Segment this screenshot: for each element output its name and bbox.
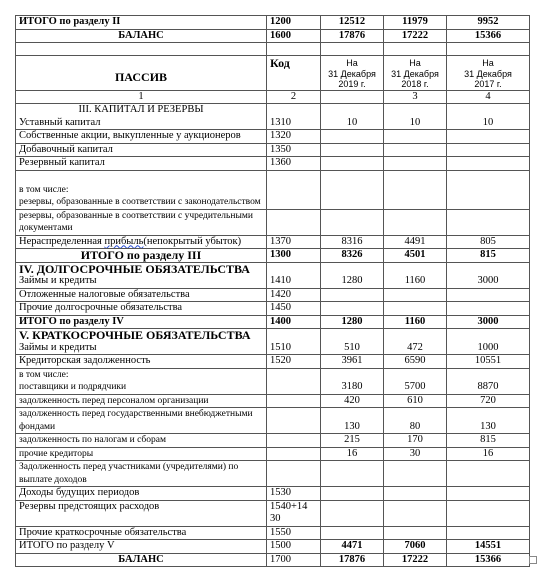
value-2017: 8870 <box>447 368 530 394</box>
table-row-total-section-5: ИТОГО по разделу V 1500 4471 7060 14551 <box>16 540 530 554</box>
value-2019: 1280 <box>321 315 384 329</box>
value-2019: 10 <box>321 104 384 130</box>
value-2018 <box>384 500 447 526</box>
row-label: в том числе: поставщики и подрядчики <box>16 368 267 394</box>
row-label: Задолженность перед участниками (учредит… <box>16 461 267 487</box>
value-2019: 4471 <box>321 540 384 554</box>
value-2019 <box>321 461 384 487</box>
value-2018: 30 <box>384 447 447 461</box>
value-2019 <box>321 288 384 302</box>
value-2018: 11979 <box>384 16 447 30</box>
value-2019: 17876 <box>321 29 384 43</box>
row-code: 1500 <box>267 540 321 554</box>
table-row-total-section-4: ИТОГО по разделу IV 1400 1280 1160 3000 <box>16 315 530 329</box>
value-2017 <box>447 143 530 157</box>
spellcheck-underlined-word[interactable]: прибыль <box>104 236 143 247</box>
row-code <box>267 170 321 209</box>
value-2019 <box>321 487 384 501</box>
row-label: прочие кредиторы <box>16 447 267 461</box>
value-2019 <box>321 143 384 157</box>
table-header-row: ПАССИВ Код На 31 Декабря 2019 г. На 31 Д… <box>16 56 530 91</box>
table-row-balance-liabilities: БАЛАНС 1700 17876 17222 15366 <box>16 553 530 567</box>
table-row-total-section-2: ИТОГО по разделу II 1200 12512 11979 995… <box>16 16 530 30</box>
value-2017 <box>447 170 530 209</box>
col-number-2: 2 <box>267 90 321 104</box>
value-2017: 815 <box>447 434 530 448</box>
value-2018: 17222 <box>384 29 447 43</box>
value-2019: 1280 <box>321 262 384 288</box>
table-row: Задолженность перед участниками (учредит… <box>16 461 530 487</box>
value-2018: 80 <box>384 408 447 434</box>
value-2019: 215 <box>321 434 384 448</box>
row-label: Резервный капитал <box>16 157 267 171</box>
row-label: Уставный капитал <box>19 117 263 130</box>
table-row: V. КРАТКОСРОЧНЫЕ ОБЯЗАТЕЛЬСТВА Займы и к… <box>16 329 530 355</box>
table-row: в том числе: резервы, образованные в соо… <box>16 170 530 209</box>
value-2019: 510 <box>321 329 384 355</box>
table-row-retained-earnings: Нераспределенная прибыль(непокрытый убыт… <box>16 235 530 249</box>
table-row: резервы, образованные в соответствии с у… <box>16 209 530 235</box>
value-2018 <box>384 143 447 157</box>
table-row: Кредиторская задолженность 1520 3961 659… <box>16 355 530 369</box>
row-code: 1520 <box>267 355 321 369</box>
table-row: задолженность по налогам и сборам 215 17… <box>16 434 530 448</box>
col-number-1: 1 <box>16 90 267 104</box>
table-row: Прочие долгосрочные обязательства 1450 <box>16 302 530 316</box>
value-2017 <box>447 209 530 235</box>
value-2018 <box>384 302 447 316</box>
row-code: 1600 <box>267 29 321 43</box>
value-2017: 3000 <box>447 315 530 329</box>
col-number-4: 4 <box>447 90 530 104</box>
header-2017: На 31 Декабря 2017 г. <box>447 56 530 91</box>
value-2017: 15366 <box>447 29 530 43</box>
row-code: 1540+14 30 <box>267 500 321 526</box>
value-2017: 15366 <box>447 553 530 567</box>
row-label: Займы и кредиты <box>19 342 263 355</box>
row-label: Доходы будущих периодов <box>16 487 267 501</box>
value-2019: 130 <box>321 408 384 434</box>
row-label: Кредиторская задолженность <box>16 355 267 369</box>
row-label: ИТОГО по разделу III <box>16 249 267 263</box>
value-2017 <box>447 288 530 302</box>
value-2017: 720 <box>447 394 530 408</box>
section-5-title: V. КРАТКОСРОЧНЫЕ ОБЯЗАТЕЛЬСТВА <box>19 329 263 342</box>
row-label: задолженность перед государственными вне… <box>16 408 267 434</box>
value-2019 <box>321 170 384 209</box>
row-label: в том числе: резервы, образованные в соо… <box>16 170 267 209</box>
value-2018: 170 <box>384 434 447 448</box>
value-2018 <box>384 288 447 302</box>
value-2019: 3180 <box>321 368 384 394</box>
row-code: 1400 <box>267 315 321 329</box>
value-2018: 5700 <box>384 368 447 394</box>
row-label: резервы, образованные в соответствии с у… <box>16 209 267 235</box>
value-2018: 10 <box>384 104 447 130</box>
value-2018 <box>384 487 447 501</box>
row-code: 1700 <box>267 553 321 567</box>
value-2018 <box>384 209 447 235</box>
value-2019: 17876 <box>321 553 384 567</box>
section-title-passive: ПАССИВ <box>16 56 267 91</box>
row-label: Добавочный капитал <box>16 143 267 157</box>
value-2018: 4501 <box>384 249 447 263</box>
value-2017: 10 <box>447 104 530 130</box>
table-row: Прочие краткосрочные обязательства 1550 <box>16 526 530 540</box>
row-code <box>267 368 321 394</box>
value-2017 <box>447 500 530 526</box>
row-label: БАЛАНС <box>16 29 267 43</box>
row-label: Прочие краткосрочные обязательства <box>16 526 267 540</box>
value-2019 <box>321 130 384 144</box>
table-row: Отложенные налоговые обязательства 1420 <box>16 288 530 302</box>
value-2018: 6590 <box>384 355 447 369</box>
row-label: Нераспределенная прибыль(непокрытый убыт… <box>16 235 267 249</box>
value-2018: 610 <box>384 394 447 408</box>
value-2019 <box>321 500 384 526</box>
row-label: Займы и кредиты <box>19 275 263 288</box>
value-2017: 805 <box>447 235 530 249</box>
table-row: Резервы предстоящих расходов 1540+14 30 <box>16 500 530 526</box>
header-2019: На 31 Декабря 2019 г. <box>321 56 384 91</box>
value-2017: 130 <box>447 408 530 434</box>
value-2019 <box>321 526 384 540</box>
row-code <box>267 461 321 487</box>
row-code: 1320 <box>267 130 321 144</box>
row-code: 1410 <box>267 262 321 288</box>
row-code: 1200 <box>267 16 321 30</box>
table-row: задолженность перед персоналом организац… <box>16 394 530 408</box>
table-row: Собственные акции, выкупленные у аукцион… <box>16 130 530 144</box>
value-2017: 10551 <box>447 355 530 369</box>
row-code: 1310 <box>267 104 321 130</box>
row-code: 1300 <box>267 249 321 263</box>
row-code <box>267 209 321 235</box>
value-2019: 8326 <box>321 249 384 263</box>
value-2017: 14551 <box>447 540 530 554</box>
table-resize-handle[interactable] <box>529 556 537 564</box>
value-2017: 815 <box>447 249 530 263</box>
table-row: Доходы будущих периодов 1530 <box>16 487 530 501</box>
value-2017: 1000 <box>447 329 530 355</box>
value-2018: 1160 <box>384 262 447 288</box>
table-row: IV. ДОЛГОСРОЧНЫЕ ОБЯЗАТЕЛЬСТВА Займы и к… <box>16 262 530 288</box>
row-code <box>267 434 321 448</box>
table-row-spacer <box>16 43 530 56</box>
row-label: Собственные акции, выкупленные у аукцион… <box>16 130 267 144</box>
table-row: Резервный капитал 1360 <box>16 157 530 171</box>
header-code: Код <box>267 56 321 91</box>
value-2017 <box>447 461 530 487</box>
table-row: III. КАПИТАЛ И РЕЗЕРВЫ Уставный капитал … <box>16 104 530 130</box>
value-2018: 7060 <box>384 540 447 554</box>
row-label: ИТОГО по разделу II <box>16 16 267 30</box>
value-2019 <box>321 157 384 171</box>
row-code: 1510 <box>267 329 321 355</box>
value-2018: 17222 <box>384 553 447 567</box>
table-row-total-section-3: ИТОГО по разделу III 1300 8326 4501 815 <box>16 249 530 263</box>
row-code <box>267 408 321 434</box>
row-code: 1350 <box>267 143 321 157</box>
value-2019 <box>321 209 384 235</box>
col-number-3: 3 <box>384 90 447 104</box>
value-2018: 1160 <box>384 315 447 329</box>
row-label: задолженность по налогам и сборам <box>16 434 267 448</box>
table-row: Добавочный капитал 1350 <box>16 143 530 157</box>
value-2019: 16 <box>321 447 384 461</box>
row-label: Отложенные налоговые обязательства <box>16 288 267 302</box>
value-2017 <box>447 526 530 540</box>
table-row: прочие кредиторы 16 30 16 <box>16 447 530 461</box>
value-2019: 8316 <box>321 235 384 249</box>
header-2018: На 31 Декабря 2018 г. <box>384 56 447 91</box>
value-2018 <box>384 170 447 209</box>
value-2017 <box>447 130 530 144</box>
value-2019: 3961 <box>321 355 384 369</box>
table-row: в том числе: поставщики и подрядчики 318… <box>16 368 530 394</box>
value-2019: 420 <box>321 394 384 408</box>
value-2019: 12512 <box>321 16 384 30</box>
value-2017 <box>447 487 530 501</box>
row-code: 1530 <box>267 487 321 501</box>
row-label: Прочие долгосрочные обязательства <box>16 302 267 316</box>
value-2018: 4491 <box>384 235 447 249</box>
value-2019 <box>321 302 384 316</box>
row-code: 1360 <box>267 157 321 171</box>
table-row: задолженность перед государственными вне… <box>16 408 530 434</box>
value-2018: 472 <box>384 329 447 355</box>
section-4-title: IV. ДОЛГОСРОЧНЫЕ ОБЯЗАТЕЛЬСТВА <box>19 263 263 276</box>
value-2017: 3000 <box>447 262 530 288</box>
value-2017 <box>447 302 530 316</box>
row-label: ИТОГО по разделу V <box>16 540 267 554</box>
balance-sheet-liabilities-table: ИТОГО по разделу II 1200 12512 11979 995… <box>15 15 530 567</box>
row-code: 1370 <box>267 235 321 249</box>
row-code: 1420 <box>267 288 321 302</box>
value-2018 <box>384 130 447 144</box>
row-code: 1450 <box>267 302 321 316</box>
row-label: задолженность перед персоналом организац… <box>16 394 267 408</box>
row-code <box>267 394 321 408</box>
row-code <box>267 447 321 461</box>
row-label: Резервы предстоящих расходов <box>16 500 267 526</box>
value-2017 <box>447 157 530 171</box>
value-2018 <box>384 526 447 540</box>
value-2018 <box>384 461 447 487</box>
value-2017: 9952 <box>447 16 530 30</box>
value-2018 <box>384 157 447 171</box>
row-label: ИТОГО по разделу IV <box>16 315 267 329</box>
row-code: 1550 <box>267 526 321 540</box>
table-row-balance-assets: БАЛАНС 1600 17876 17222 15366 <box>16 29 530 43</box>
value-2017: 16 <box>447 447 530 461</box>
table-column-numbers-row: 1 2 3 4 <box>16 90 530 104</box>
row-label: БАЛАНС <box>16 553 267 567</box>
section-3-title: III. КАПИТАЛ И РЕЗЕРВЫ <box>19 104 263 117</box>
